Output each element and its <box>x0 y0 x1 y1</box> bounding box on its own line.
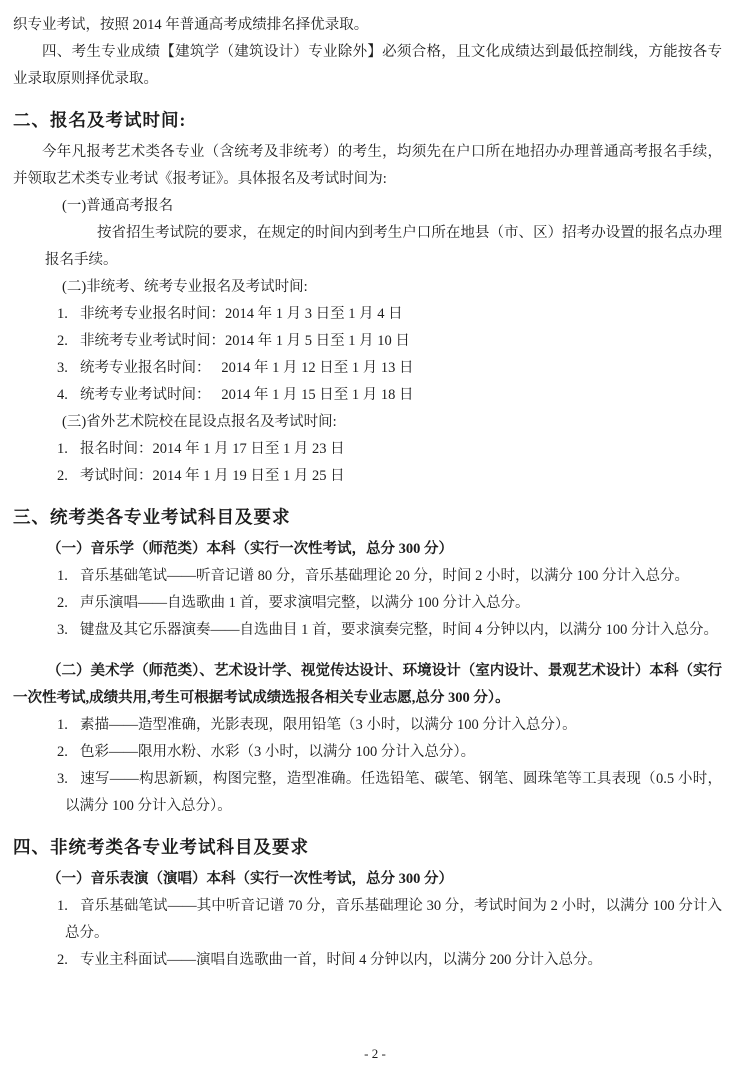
list-item: 2.色彩——限用水粉、水彩（3 小时，以满分 100 分计入总分）。 <box>65 739 722 766</box>
list-item-text: 统考专业考试时间： 2014 年 1 月 15 日至 1 月 18 日 <box>80 387 414 403</box>
list-item-number: 2. <box>57 328 80 355</box>
list-item-number: 2. <box>57 739 80 766</box>
list-item: 1.音乐基础笔试——听音记谱 80 分，音乐基础理论 20 分，时间 2 小时，… <box>65 563 722 590</box>
list-item-text: 速写——构思新颖，构图完整，造型准确。任选铅笔、碳笔、钢笔、圆珠笔等工具表现（0… <box>65 771 722 814</box>
list-item-number: 1. <box>57 893 80 920</box>
list-item-number: 1. <box>57 712 80 739</box>
section-2-sub-3-title: (三)省外艺术院校在昆设点报名及考试时间: <box>62 409 722 436</box>
list-item-number: 3. <box>57 617 80 644</box>
list-item-number: 1. <box>57 436 80 463</box>
list-item: 1.音乐基础笔试——其中听音记谱 70 分，音乐基础理论 30 分，考试时间为 … <box>65 893 722 947</box>
section-2-sub-2-title: (二)非统考、统考专业报名及考试时间: <box>62 274 722 301</box>
list-item-number: 2. <box>57 590 80 617</box>
list-item: 2.考试时间：2014 年 1 月 19 日至 1 月 25 日 <box>65 463 722 490</box>
section-3-sub-2-title: （二）美术学（师范类）、艺术设计学、视觉传达设计、环境设计（室内设计、景观艺术设… <box>13 658 722 712</box>
list-item-text: 考试时间：2014 年 1 月 19 日至 1 月 25 日 <box>80 468 345 484</box>
document-page: 织专业考试，按照 2014 年普通高考成绩排名择优录取。 四、考生专业成绩【建筑… <box>0 0 750 1075</box>
list-item-text: 声乐演唱——自选歌曲 1 首，要求演唱完整，以满分 100 分计入总分。 <box>80 595 530 611</box>
intro-paragraph-4: 四、考生专业成绩【建筑学（建筑设计）专业除外】必须合格，且文化成绩达到最低控制线… <box>13 39 722 93</box>
list-item: 1.素描——造型准确，光影表现，限用铅笔（3 小时，以满分 100 分计入总分）… <box>65 712 722 739</box>
list-item-number: 3. <box>57 766 80 793</box>
list-item: 1.非统考专业报名时间：2014 年 1 月 3 日至 1 月 4 日 <box>65 301 722 328</box>
list-item-number: 2. <box>57 463 80 490</box>
list-item-number: 4. <box>57 382 80 409</box>
list-item-text: 键盘及其它乐器演奏——自选曲目 1 首，要求演奏完整，时间 4 分钟以内，以满分… <box>80 622 718 638</box>
list-item-text: 素描——造型准确，光影表现，限用铅笔（3 小时，以满分 100 分计入总分）。 <box>80 717 577 733</box>
list-item: 3.速写——构思新颖，构图完整，造型准确。任选铅笔、碳笔、钢笔、圆珠笔等工具表现… <box>65 766 722 820</box>
section-4-heading: 四、非统考类各专业考试科目及要求 <box>13 832 722 862</box>
section-2-sub-1-body: 按省招生考试院的要求，在规定的时间内到考生户口所在地县（市、区）招考办设置的报名… <box>45 220 722 274</box>
section-3-heading: 三、统考类各专业考试科目及要求 <box>13 502 722 532</box>
section-3-sub-1-title: （一）音乐学（师范类）本科（实行一次性考试，总分 300 分） <box>47 536 722 563</box>
list-item-number: 2. <box>57 947 80 974</box>
list-item-text: 专业主科面试——演唱自选歌曲一首，时间 4 分钟以内，以满分 200 分计入总分… <box>80 952 602 968</box>
list-item: 2.声乐演唱——自选歌曲 1 首，要求演唱完整，以满分 100 分计入总分。 <box>65 590 722 617</box>
list-item: 2.专业主科面试——演唱自选歌曲一首，时间 4 分钟以内，以满分 200 分计入… <box>65 947 722 974</box>
list-item: 3.统考专业报名时间： 2014 年 1 月 12 日至 1 月 13 日 <box>65 355 722 382</box>
list-item-number: 3. <box>57 355 80 382</box>
list-item-text: 统考专业报名时间： 2014 年 1 月 12 日至 1 月 13 日 <box>80 360 414 376</box>
list-item-text: 音乐基础笔试——听音记谱 80 分，音乐基础理论 20 分，时间 2 小时，以满… <box>80 568 689 584</box>
list-item-text: 非统考专业报名时间：2014 年 1 月 3 日至 1 月 4 日 <box>80 306 403 322</box>
section-4-sub-1-title: （一）音乐表演（演唱）本科（实行一次性考试，总分 300 分） <box>47 866 722 893</box>
section-2-heading: 二、报名及考试时间: <box>13 105 722 135</box>
section-2-sub-1-title: (一)普通高考报名 <box>62 193 722 220</box>
list-item: 3.键盘及其它乐器演奏——自选曲目 1 首，要求演奏完整，时间 4 分钟以内，以… <box>65 617 722 644</box>
list-item: 1.报名时间：2014 年 1 月 17 日至 1 月 23 日 <box>65 436 722 463</box>
list-item-text: 非统考专业考试时间：2014 年 1 月 5 日至 1 月 10 日 <box>80 333 410 349</box>
section-2-intro: 今年凡报考艺术类各专业（含统考及非统考）的考生，均须先在户口所在地招办办理普通高… <box>13 139 722 193</box>
intro-continuation-line: 织专业考试，按照 2014 年普通高考成绩排名择优录取。 <box>13 12 722 39</box>
page-number: - 2 - <box>0 1040 750 1067</box>
list-item-number: 1. <box>57 301 80 328</box>
list-item: 2.非统考专业考试时间：2014 年 1 月 5 日至 1 月 10 日 <box>65 328 722 355</box>
list-item-text: 色彩——限用水粉、水彩（3 小时，以满分 100 分计入总分）。 <box>80 744 475 760</box>
list-item-text: 报名时间：2014 年 1 月 17 日至 1 月 23 日 <box>80 441 345 457</box>
list-item: 4.统考专业考试时间： 2014 年 1 月 15 日至 1 月 18 日 <box>65 382 722 409</box>
list-item-number: 1. <box>57 563 80 590</box>
list-item-text: 音乐基础笔试——其中听音记谱 70 分，音乐基础理论 30 分，考试时间为 2 … <box>65 898 722 941</box>
